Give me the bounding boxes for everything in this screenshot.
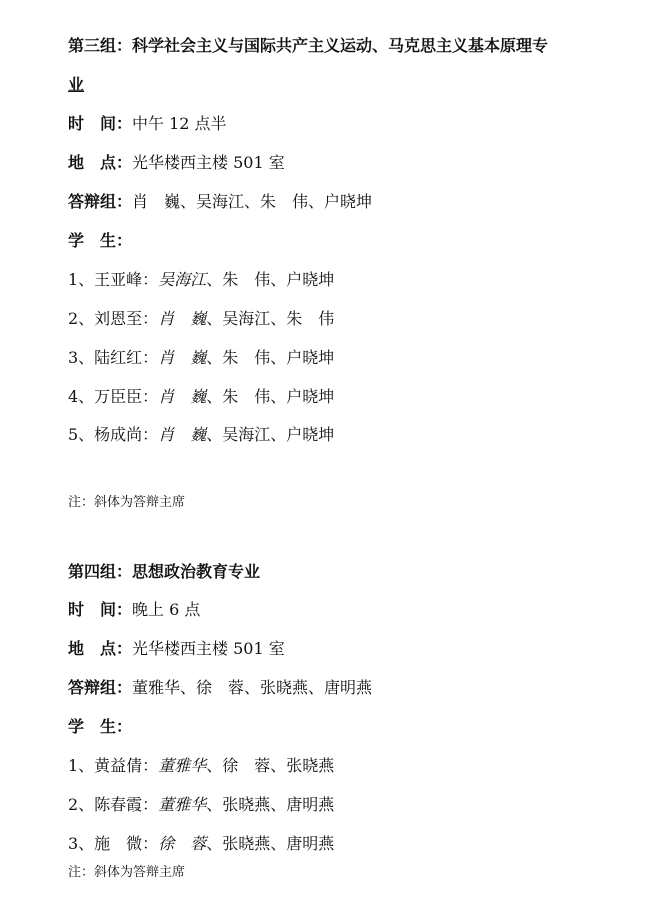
student-name: 5、杨成尚：	[68, 425, 158, 444]
student-name: 3、陆红红：	[68, 348, 158, 367]
student-name: 1、王亚峰：	[68, 270, 158, 289]
student-row: 2、陈春霞：董雅华、张晓燕、唐明燕	[68, 795, 334, 815]
student-name: 4、万臣臣：	[68, 387, 158, 406]
place-value: 光华楼西主楼 501 室	[132, 153, 285, 172]
student-row: 3、陆红红：肖 巍、朱 伟、户晓坤	[68, 348, 334, 368]
panel-members: 、朱 伟、户晓坤	[206, 348, 334, 367]
place-value: 光华楼西主楼 501 室	[132, 639, 285, 658]
place-label: 地 点：	[68, 153, 132, 172]
student-row: 5、杨成尚：肖 巍、吴海江、户晓坤	[68, 425, 334, 445]
panel-members: 、吴海江、户晓坤	[206, 425, 334, 444]
group4-note: 注：斜体为答辩主席	[68, 863, 185, 883]
group4-place: 地 点：光华楼西主楼 501 室	[68, 639, 285, 659]
group3-panel: 答辩组：肖 巍、吴海江、朱 伟、户晓坤	[68, 192, 372, 212]
group3-place: 地 点：光华楼西主楼 501 室	[68, 153, 285, 173]
student-row: 1、黄益倩：董雅华、徐 蓉、张晓燕	[68, 756, 334, 776]
panel-members: 、朱 伟、户晓坤	[206, 270, 334, 289]
group4-time: 时 间：晚上 6 点	[68, 600, 200, 620]
chair-name: 徐 蓉	[158, 834, 206, 853]
group4-students-heading: 学 生：	[68, 717, 132, 737]
panel-label: 答辩组：	[68, 678, 132, 697]
group3-time: 时 间：中午 12 点半	[68, 114, 227, 134]
chair-name: 肖 巍	[158, 309, 206, 328]
chair-name: 吴海江	[158, 270, 206, 289]
student-name: 3、施 微：	[68, 834, 158, 853]
group4-panel: 答辩组：董雅华、徐 蓉、张晓燕、唐明燕	[68, 678, 372, 698]
chair-name: 董雅华	[158, 756, 206, 775]
panel-members: 、吴海江、朱 伟	[206, 309, 334, 328]
group3-students-heading: 学 生：	[68, 231, 132, 251]
group4-title: 第四组：思想政治教育专业	[68, 562, 260, 582]
chair-name: 肖 巍	[158, 387, 206, 406]
panel-members: 、朱 伟、户晓坤	[206, 387, 334, 406]
student-row: 4、万臣臣：肖 巍、朱 伟、户晓坤	[68, 387, 334, 407]
panel-members: 、张晓燕、唐明燕	[206, 834, 334, 853]
time-value: 晚上 6 点	[132, 600, 200, 619]
student-name: 2、刘恩至：	[68, 309, 158, 328]
panel-members: 、张晓燕、唐明燕	[206, 795, 334, 814]
panel-value: 肖 巍、吴海江、朱 伟、户晓坤	[132, 192, 372, 211]
chair-name: 肖 巍	[158, 425, 206, 444]
student-name: 1、黄益倩：	[68, 756, 158, 775]
chair-name: 董雅华	[158, 795, 206, 814]
student-row: 1、王亚峰：吴海江、朱 伟、户晓坤	[68, 270, 334, 290]
panel-label: 答辩组：	[68, 192, 132, 211]
student-name: 2、陈春霞：	[68, 795, 158, 814]
students-label: 学 生：	[68, 717, 132, 736]
group3-title-cont: 业	[68, 75, 84, 95]
group3-title: 第三组：科学社会主义与国际共产主义运动、马克思主义基本原理专	[68, 36, 548, 56]
time-value: 中午 12 点半	[132, 114, 227, 133]
group3-note: 注：斜体为答辩主席	[68, 493, 185, 513]
panel-value: 董雅华、徐 蓉、张晓燕、唐明燕	[132, 678, 372, 697]
student-row: 2、刘恩至：肖 巍、吴海江、朱 伟	[68, 309, 334, 329]
time-label: 时 间：	[68, 114, 132, 133]
place-label: 地 点：	[68, 639, 132, 658]
panel-members: 、徐 蓉、张晓燕	[206, 756, 334, 775]
students-label: 学 生：	[68, 231, 132, 250]
time-label: 时 间：	[68, 600, 132, 619]
chair-name: 肖 巍	[158, 348, 206, 367]
student-row: 3、施 微：徐 蓉、张晓燕、唐明燕	[68, 834, 334, 854]
